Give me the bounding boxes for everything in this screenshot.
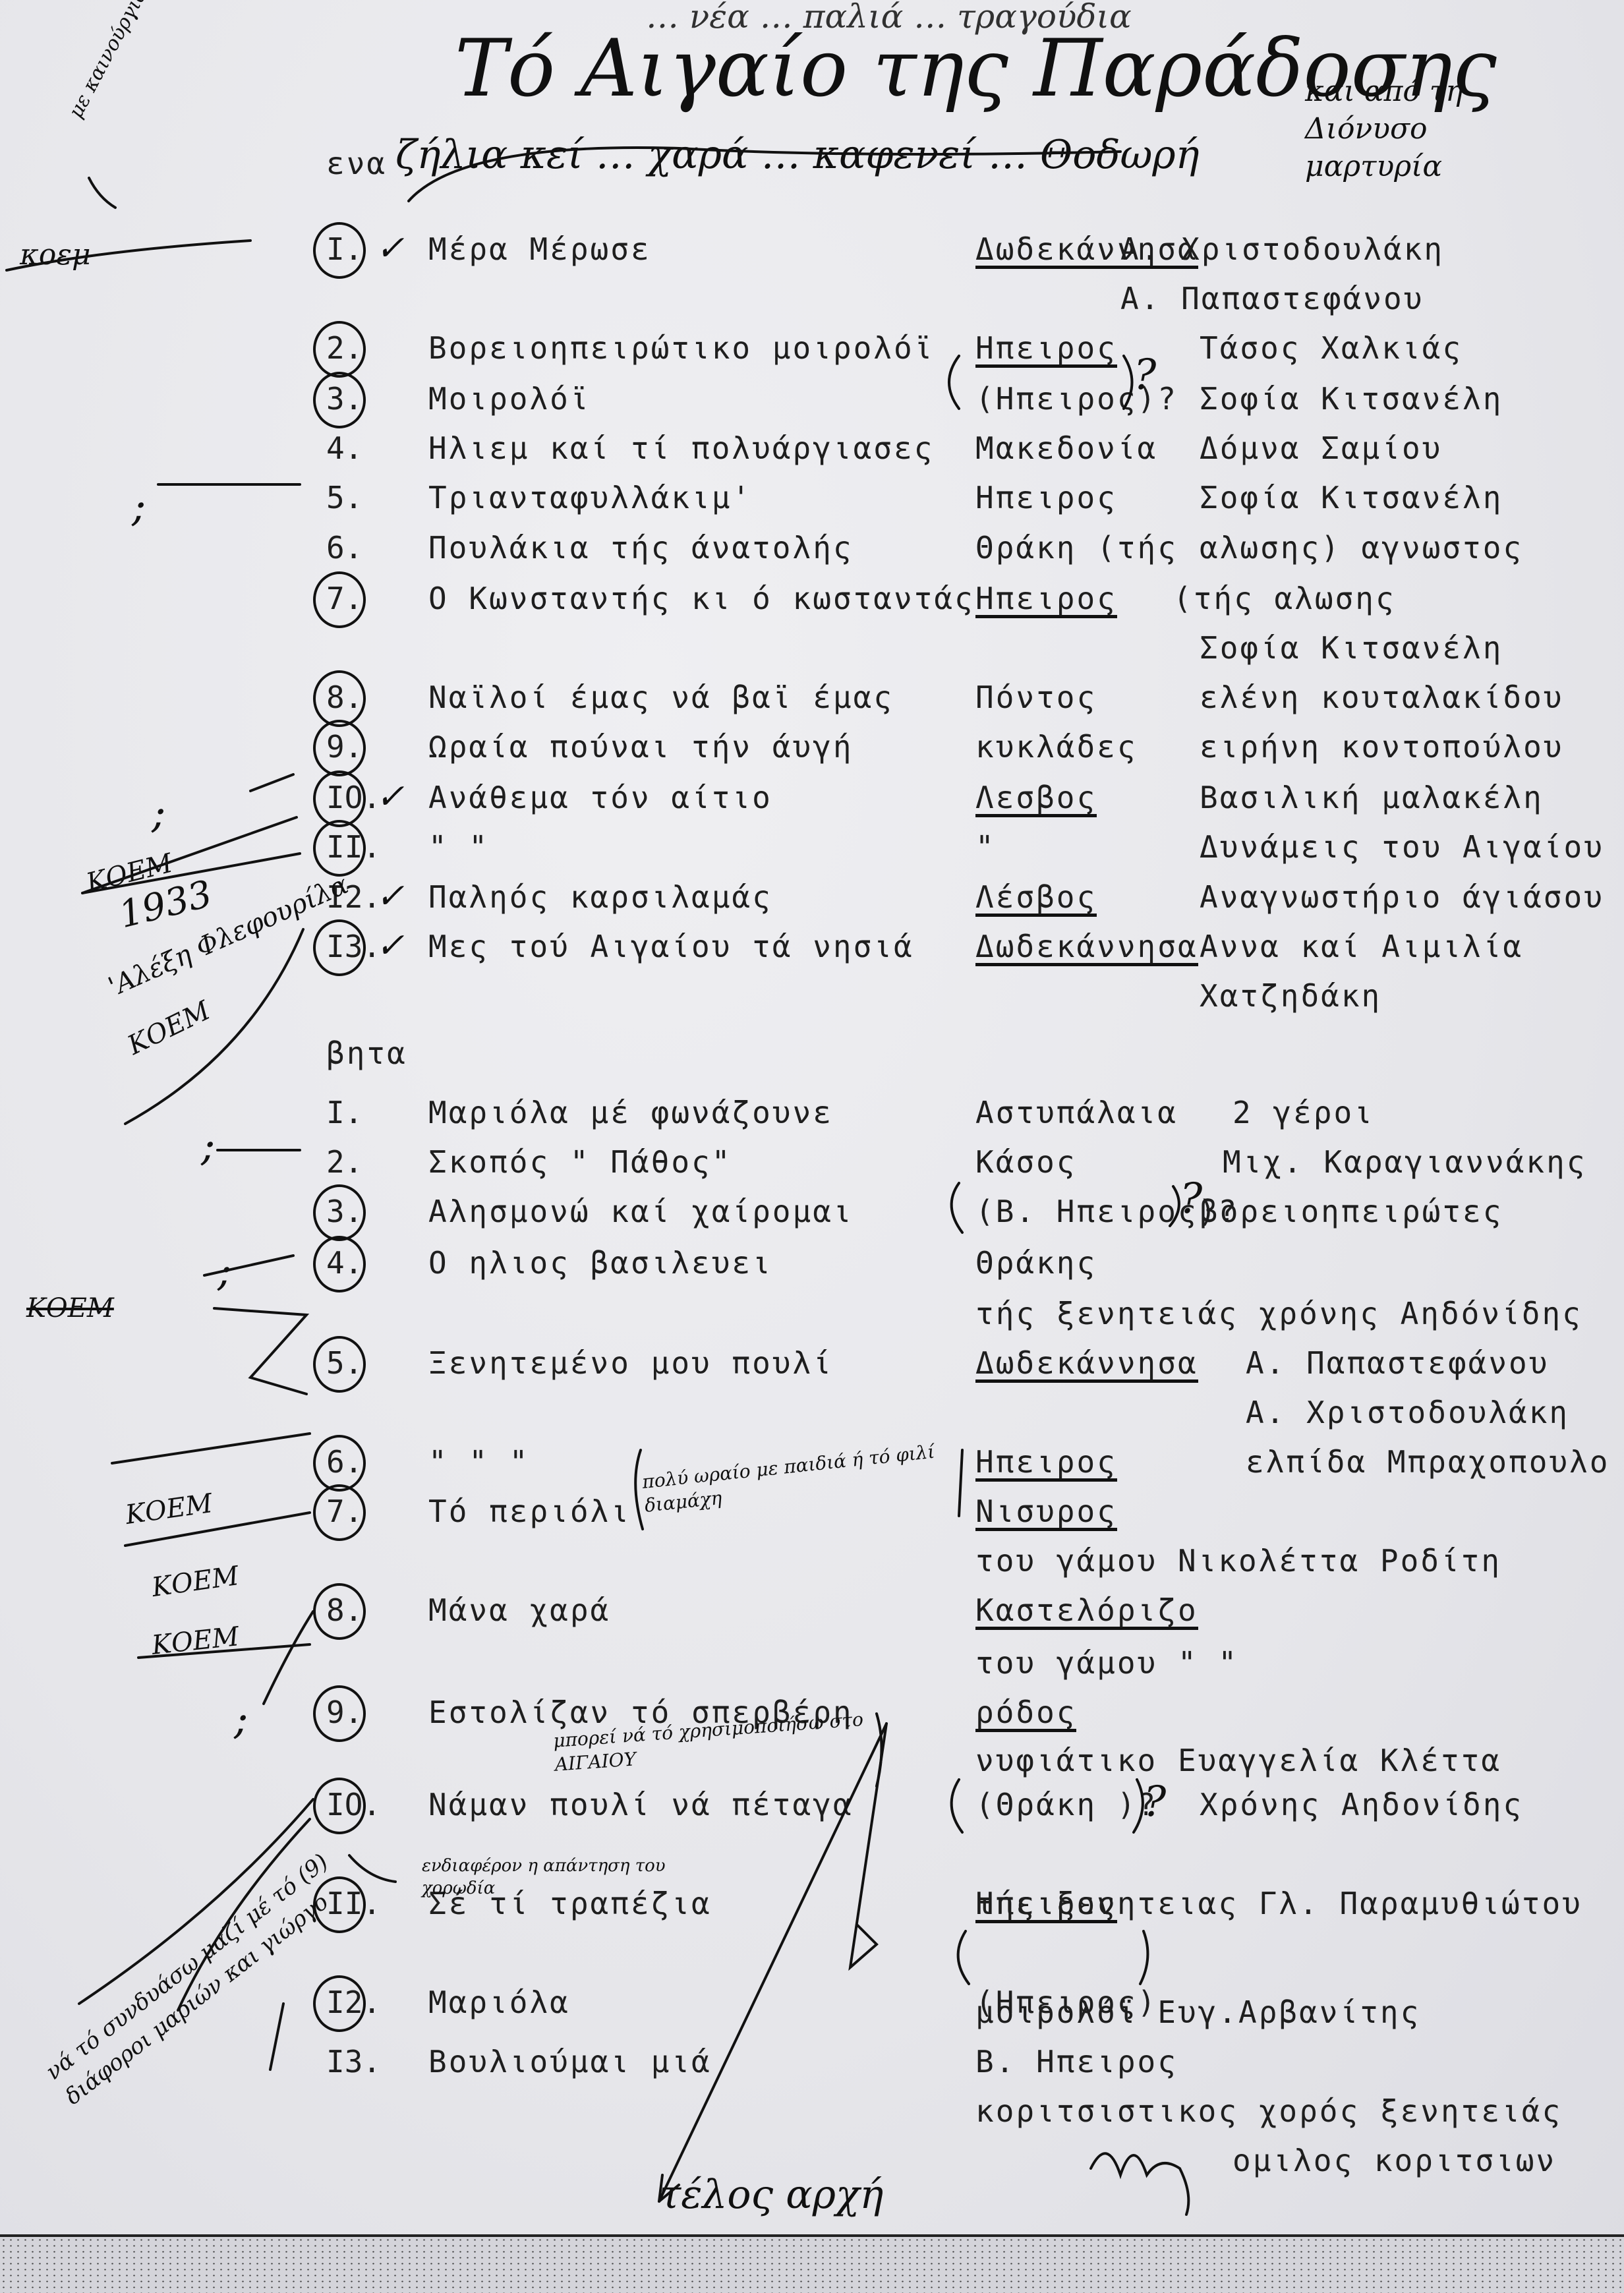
track-region: Λέσβος — [975, 882, 1097, 917]
track-title: Σκοπός " Πάθος" — [428, 1147, 732, 1177]
section-label-ena: ενα — [326, 148, 387, 179]
circle-mark — [313, 1336, 366, 1393]
track-performer: τής ξενητειας Γλ. Παραμυθιώτου — [975, 1888, 1582, 1919]
track-performer: ειρήνη κοντοπούλου — [1200, 732, 1564, 762]
note-bottom: τέλος αρχή — [659, 2175, 883, 2215]
track-performer: αλωσης) αγνωστος — [1200, 533, 1523, 563]
circle-mark — [313, 222, 366, 279]
circle-mark — [313, 1236, 366, 1292]
circle-mark — [313, 1184, 366, 1241]
track-performer: μοιρολόϊ Ευγ.Αρβανίτης — [975, 1997, 1420, 2027]
track-title: Ανάθεμα τόν αίτιο — [428, 782, 772, 813]
track-performer: ελένη κουταλακίδου — [1200, 682, 1564, 712]
track-region: Νισυρος — [975, 1496, 1117, 1531]
track-region: Ηπειρος — [975, 1447, 1117, 1482]
note-se-ti: ενδιαφέρον η απάντηση του χορωδία — [422, 1855, 699, 1900]
track-performer: Α. Χριστοδουλάκη — [1246, 1397, 1569, 1428]
check-mark-icon: ✓ — [376, 929, 405, 963]
check-mark-icon: ✓ — [376, 780, 405, 814]
track-title: Βορειοηπειρώτικο μοιρολόϊ — [428, 333, 934, 363]
track-region: (Ηπειρος)? — [975, 384, 1178, 414]
circle-mark — [313, 1484, 366, 1541]
track-title: Μέρα Μέρωσε — [428, 234, 651, 264]
track-region: Λεσβος — [975, 782, 1097, 817]
track-performer: Αναγνωστήριο άγιάσου — [1200, 882, 1604, 912]
handwritten-under-title: ζήλια κεί … χαρά … καφενεί … Θοδωρή — [395, 135, 1200, 175]
track-title: Τό περιόλι — [428, 1496, 631, 1526]
circle-mark — [313, 820, 366, 877]
circle-mark — [313, 571, 366, 628]
track-performer: τής ξενητειάς χρόνης Αηδόνίδης — [975, 1298, 1582, 1329]
track-title: Ωραία πούναι τήν άυγή — [428, 732, 854, 762]
track-performer: κοριτσιστικος χορός ξενητειάς — [975, 2096, 1562, 2126]
track-number: 6. — [326, 533, 362, 563]
track-title: " " " — [428, 1447, 529, 1477]
track-performer: Α. Παπαστεφάνου — [1246, 1348, 1549, 1378]
track-title: Μαριόλα — [428, 1987, 570, 2017]
track-performer: Χατζηδάκη — [1200, 981, 1381, 1011]
track-performer: ομιλος κοριτσιων — [1232, 2145, 1556, 2176]
track-region: Πόντος — [975, 682, 1097, 712]
track-number: 2. — [326, 1147, 362, 1177]
circle-mark — [313, 1778, 366, 1834]
track-performer: βορειοηπειρώτες — [1200, 1196, 1503, 1227]
circle-mark — [313, 321, 366, 378]
track-title: Ξενητεμένο μου πουλί — [428, 1348, 833, 1378]
handwritten-subtitle-right: και από τη Διόνυσο μαρτυρία — [1305, 73, 1569, 186]
circle-mark — [313, 770, 366, 827]
track-performer: Σοφία Κιτσανέλη — [1200, 633, 1503, 663]
track-region: Θράκης — [975, 1248, 1097, 1278]
koem-mark: κοεμ — [20, 241, 91, 270]
koem-mark: ΚΟΕΜ — [26, 1295, 114, 1321]
track-performer: Σοφία Κιτσανέλη — [1200, 384, 1503, 414]
track-region: Δωδεκάννησα — [975, 931, 1198, 966]
track-region: Μακεδονία — [975, 433, 1157, 463]
track-performer: Βασιλική μαλακέλη — [1200, 782, 1544, 813]
track-performer: Δόμνα Σαμίου — [1200, 433, 1442, 463]
track-title: Ηλιεμ καί τί πολυάργιασες — [428, 433, 934, 463]
track-performer: Α. Παπαστεφάνου — [1120, 283, 1424, 314]
track-performer: ελπίδα Μπραχοπουλο — [1246, 1447, 1610, 1477]
track-performer: Αννα καί Αιμιλία — [1200, 931, 1523, 962]
track-title: Μαριόλα μέ φωνάζουνε — [428, 1097, 833, 1128]
track-performer: Τάσος Χαλκιάς — [1200, 333, 1463, 363]
track-title: Μάνα χαρά — [428, 1595, 610, 1625]
track-region: ρόδος — [975, 1697, 1076, 1732]
track-region: Δωδεκάννησα — [975, 1348, 1198, 1383]
track-title: Ο Κωνσταντής κι ό κωσταντάς — [428, 583, 975, 614]
check-mark-icon: ✓ — [376, 879, 405, 914]
track-number: I3. — [326, 2046, 381, 2077]
track-title: Βουλιούμαι μιά — [428, 2046, 712, 2077]
track-title: Νάμαν πουλί νά πέταγα — [428, 1789, 854, 1820]
track-performer: 2 γέροι — [1232, 1097, 1374, 1128]
track-performer: νυφιάτικο Ευαγγελία Κλέττα — [975, 1745, 1501, 1776]
track-performer: (τής αλωσης — [1173, 583, 1396, 614]
track-region: (Θράκη )? — [975, 1789, 1157, 1820]
track-performer: Σοφία Κιτσανέλη — [1200, 482, 1503, 513]
track-number: 4. — [326, 433, 362, 463]
track-title: " " — [428, 832, 489, 862]
circle-mark — [313, 1435, 366, 1492]
track-number: 5. — [326, 482, 362, 513]
track-performer: του γάμου " " — [975, 1648, 1238, 1678]
track-region: Ηπειρος — [975, 333, 1117, 368]
track-title: Πουλάκια τής άνατολής — [428, 533, 854, 563]
section-label-vita: βητα — [326, 1038, 407, 1068]
track-region: Ηπειρος — [975, 482, 1117, 513]
track-region: Αστυπάλαια — [975, 1097, 1178, 1128]
track-title: Μοιρολόϊ — [428, 384, 591, 414]
track-performer: Α. Χριστοδουλάκη — [1120, 234, 1444, 264]
track-title: Αλησμονώ καί χαίρομαι — [428, 1196, 854, 1227]
track-title: Μες τού Αιγαίου τά νησιά — [428, 931, 914, 962]
circle-mark — [313, 919, 366, 976]
track-performer: Χρόνης Αηδονίδης — [1200, 1789, 1523, 1820]
track-number: I. — [326, 1097, 362, 1128]
check-mark-icon: ✓ — [376, 231, 405, 266]
circle-mark — [313, 1975, 366, 2032]
track-region: κυκλάδες — [975, 732, 1138, 762]
track-performer: Μιχ. Καραγιαννάκης — [1223, 1147, 1587, 1177]
track-title: Παληός καρσιλαμάς — [428, 882, 772, 912]
track-region: Θράκη (τής — [975, 533, 1178, 563]
track-performer: του γάμου Νικολέττα Ροδίτη — [975, 1546, 1501, 1576]
circle-mark — [313, 1583, 366, 1640]
circle-mark — [313, 1685, 366, 1742]
track-region: Κάσος — [975, 1147, 1076, 1177]
circle-mark — [313, 372, 366, 428]
track-title: Ναϊλοί έμας νά βαϊ έμας — [428, 682, 894, 712]
track-title: Τριανταφυλλάκιμ' — [428, 482, 752, 513]
circle-mark — [313, 670, 366, 727]
track-region: Β. Ηπειρος — [975, 2046, 1178, 2077]
track-title: Ο ηλιος βασιλευει — [428, 1248, 772, 1278]
track-region: " — [975, 832, 996, 862]
track-region: Καστελόριζο — [975, 1595, 1198, 1630]
track-region: Ηπειρος — [975, 583, 1117, 618]
circle-mark — [313, 720, 366, 776]
track-performer: Δυνάμεις του Αιγαίου — [1200, 832, 1604, 862]
scan-edge — [0, 2234, 1624, 2293]
